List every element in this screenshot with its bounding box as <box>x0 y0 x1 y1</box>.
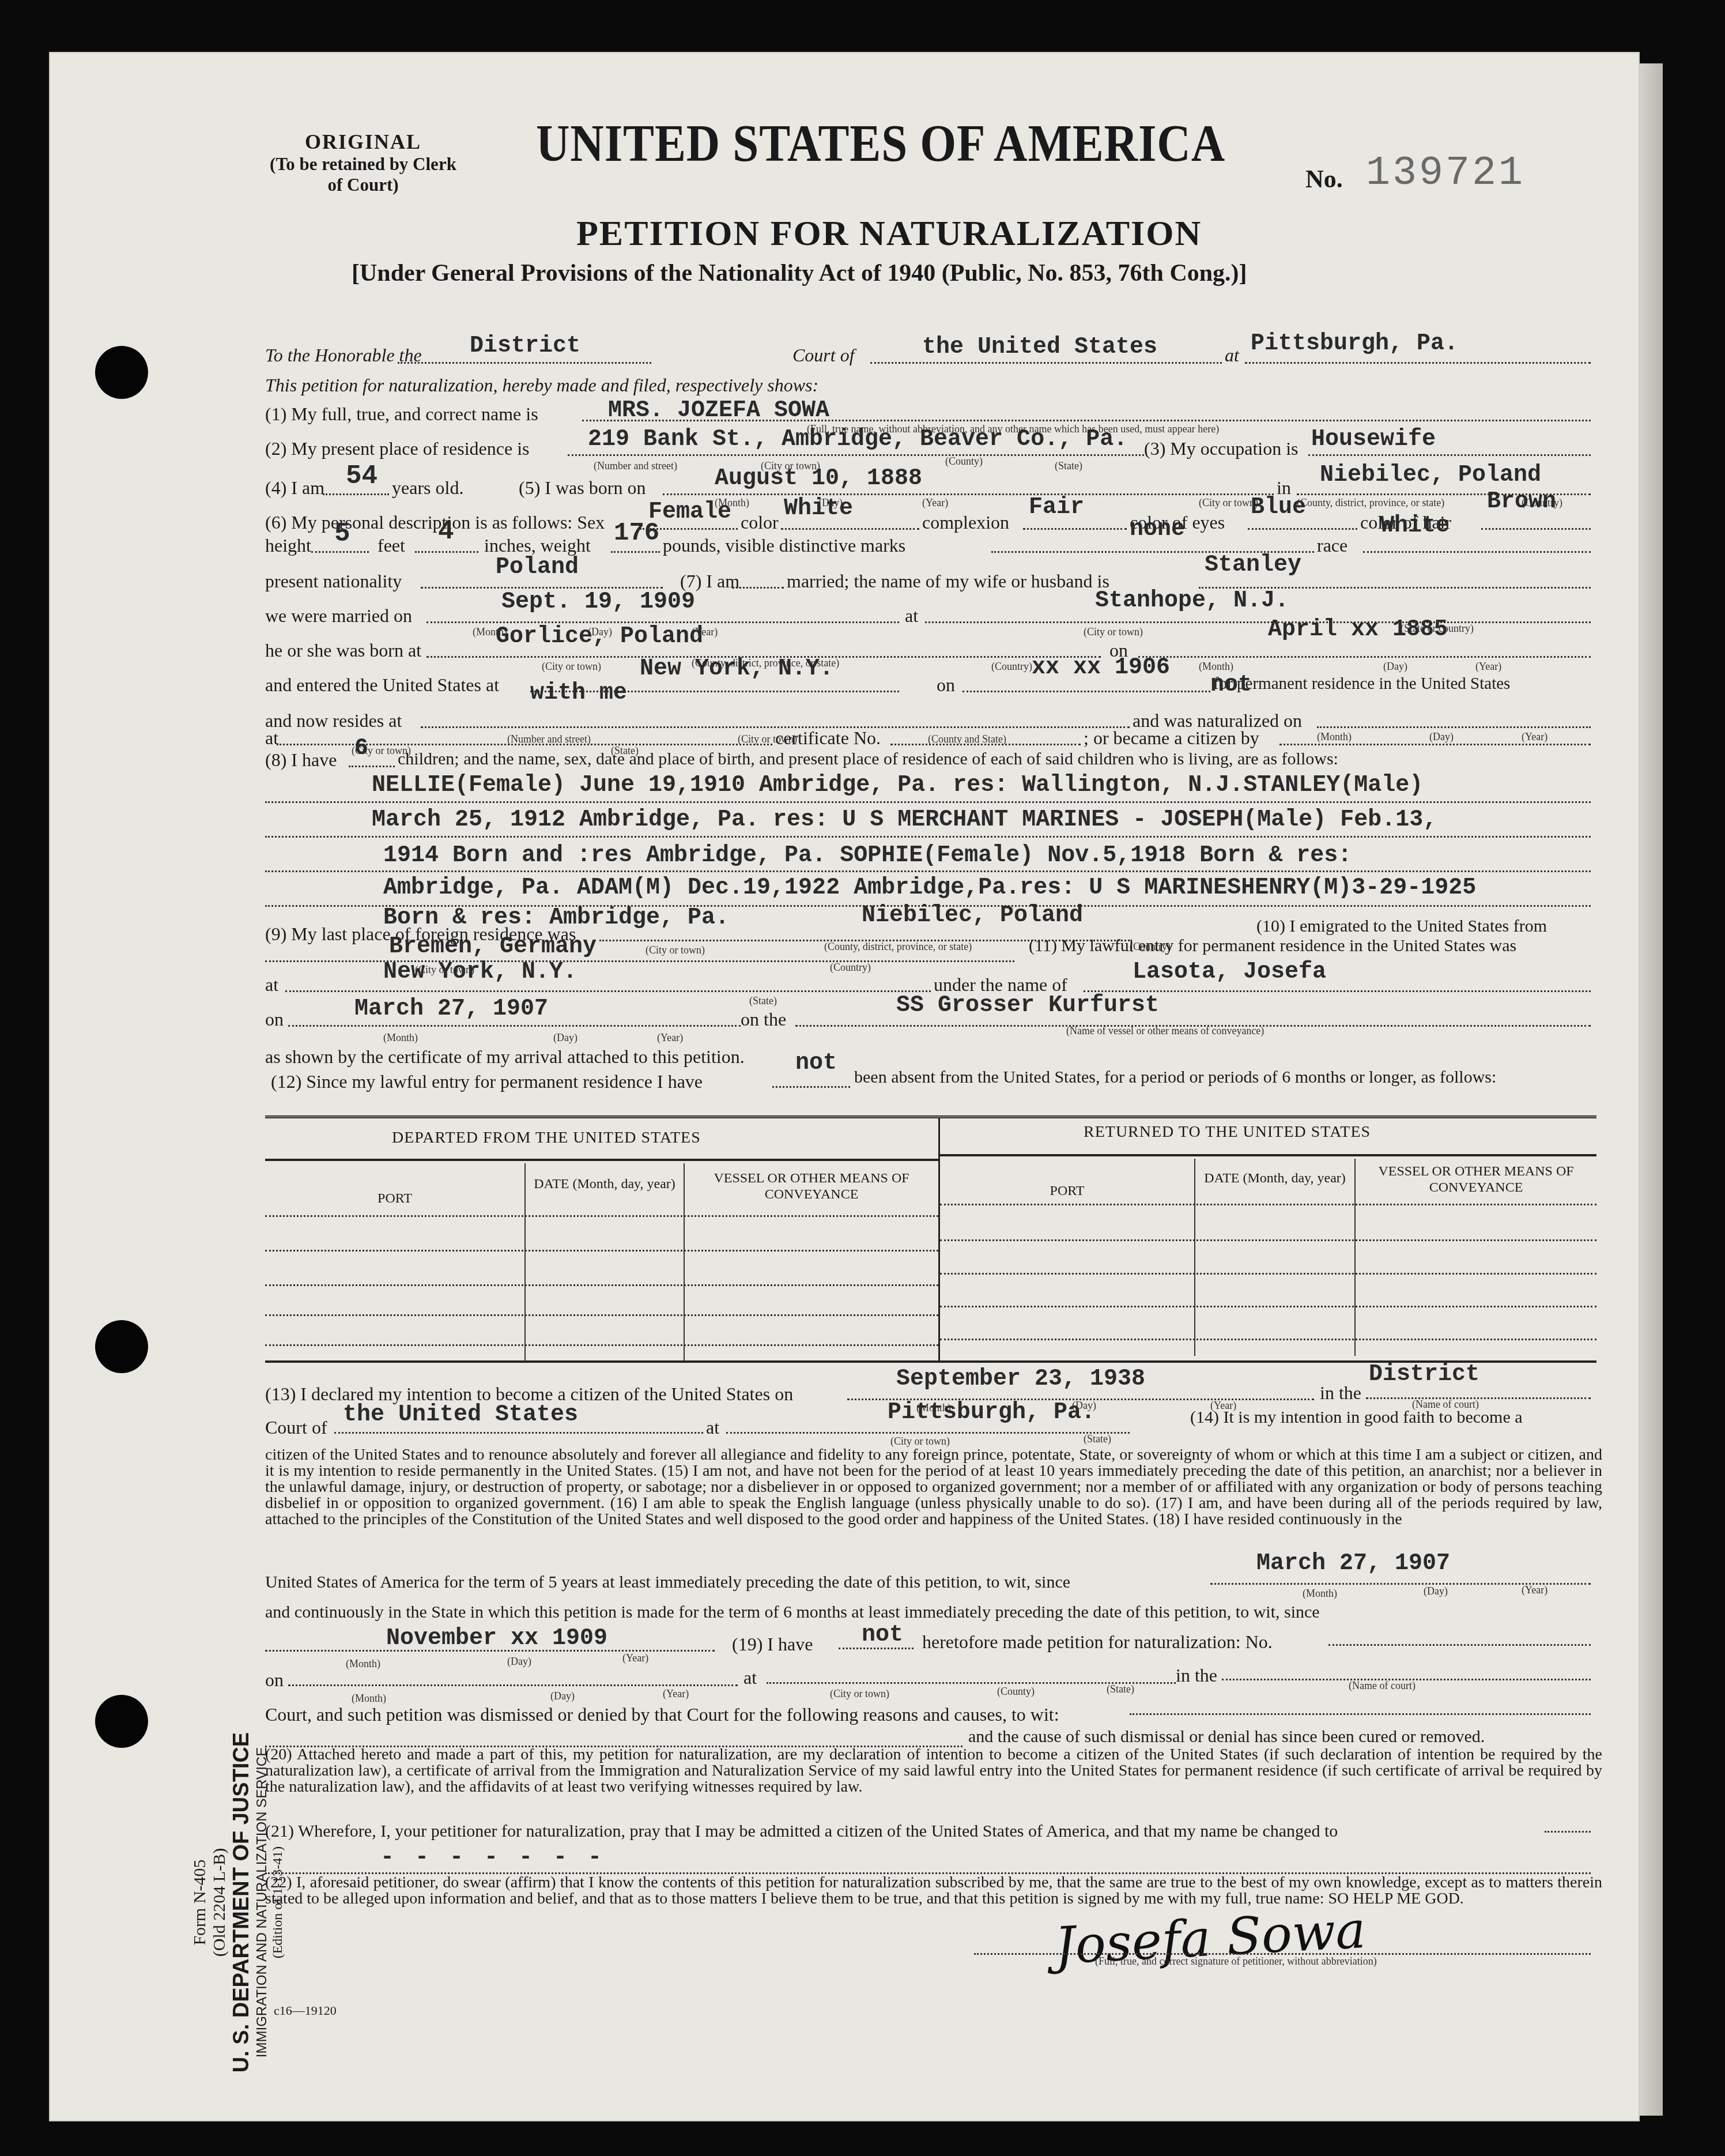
at-label: at <box>905 605 918 627</box>
field-line <box>732 587 784 589</box>
court-location: Pittsburgh, Pa. <box>1251 331 1458 357</box>
field-line <box>426 621 899 623</box>
punch-hole <box>95 1320 148 1373</box>
marriage-date: Sept. 19, 1909 <box>501 589 695 615</box>
q14-label: (14) It is my intention in good faith to… <box>1190 1408 1523 1427</box>
nationality: Poland <box>496 555 579 581</box>
residence: 219 Bank St., Ambridge, Beaver Co., Pa. <box>588 427 1127 453</box>
residence-us-since: March 27, 1907 <box>1256 1551 1450 1577</box>
punch-hole <box>95 346 148 399</box>
table-row-line <box>940 1273 1596 1275</box>
entry-place: New York, N.Y. <box>383 959 577 985</box>
on-the-label: on the <box>741 1009 786 1030</box>
caption: (County) <box>997 1686 1035 1698</box>
complexion: Fair <box>1029 495 1084 521</box>
at-label: at <box>743 1667 757 1688</box>
caption: (County, district, province, or state) <box>1297 497 1444 509</box>
dismissed-label: Court, and such petition was dismissed o… <box>265 1704 1059 1725</box>
petition-number: 139721 <box>1366 151 1525 197</box>
col-header-date: DATE (Month, day, year) <box>1195 1170 1354 1186</box>
vessel: SS Grosser Kurfurst <box>896 993 1159 1019</box>
residence-us-label: United States of America for the term of… <box>265 1573 1070 1592</box>
punch-hole <box>95 1695 148 1748</box>
col-header-port: PORT <box>940 1183 1194 1199</box>
field-line <box>890 744 1081 745</box>
complexion-label: complexion <box>922 512 1009 533</box>
spouse-entry-date: xx xx 1906 <box>1032 655 1170 681</box>
field-line <box>772 1086 850 1088</box>
caption: (City or town) <box>646 944 705 956</box>
field-line <box>1317 726 1591 728</box>
pounds-label: pounds, visible distinctive marks <box>663 535 905 556</box>
caption: (Year) <box>657 1032 683 1044</box>
name-change: - - - - - - - <box>380 1845 605 1871</box>
form-identifier-block: Form N-405 (Old 2204 L-B) U. S. DEPARTME… <box>190 1672 286 2133</box>
spouse-birth-date: April xx 1885 <box>1268 617 1448 643</box>
caption: (Day) <box>553 1032 577 1044</box>
field-line <box>1130 1713 1591 1715</box>
service-name: IMMIGRATION AND NATURALIZATION SERVICE <box>254 1672 270 2133</box>
caption: (Name of court) <box>1349 1680 1416 1692</box>
entry-date: March 27, 1907 <box>354 996 548 1022</box>
in-the-label: in the <box>1320 1382 1361 1404</box>
returned-header: RETURNED TO THE UNITED STATES <box>1084 1123 1371 1141</box>
table-row-line <box>940 1204 1596 1205</box>
field-line <box>1363 551 1591 553</box>
married-on-label: we were married on <box>265 605 412 627</box>
caption: (Day) <box>550 1690 575 1702</box>
children-line: Ambridge, Pa. ADAM(M) Dec.19,1922 Ambrid… <box>383 875 1476 901</box>
field-line <box>1084 990 1591 992</box>
field-line <box>288 1684 738 1686</box>
height-label: height <box>265 535 311 556</box>
q19-label: (19) I have <box>732 1634 813 1655</box>
caption: (Year) <box>622 1652 648 1664</box>
field-line <box>277 744 772 745</box>
caption: (State) <box>1107 1683 1134 1695</box>
caption: (Month) <box>1317 731 1352 743</box>
field-line <box>349 766 395 767</box>
spouse-entry-place: New York, N.Y. <box>640 656 833 682</box>
children-count: 6 <box>354 736 368 762</box>
edition: (Edition of 1-13-41) <box>270 1672 286 2133</box>
field-line <box>398 362 651 364</box>
form-number: Form N-405 <box>190 1672 210 2133</box>
q10-label: (10) I emigrated to the United States fr… <box>1256 917 1547 936</box>
field-line <box>1328 1644 1591 1646</box>
at-label: at <box>1225 345 1239 366</box>
table-row-line <box>265 1314 938 1316</box>
country-title: UNITED STATES OF AMERICA <box>536 112 1225 174</box>
field-line <box>1545 1831 1591 1833</box>
spouse-name: Stanley <box>1205 552 1301 578</box>
court-name: the United States <box>922 334 1157 360</box>
q1-label: (1) My full, true, and correct name is <box>265 404 538 425</box>
field-line <box>265 960 1014 962</box>
race: White <box>1380 513 1450 539</box>
children-line: NELLIE(Female) June 19,1910 Ambridge, Pa… <box>372 772 1423 798</box>
signature-line <box>974 1953 1591 1955</box>
q2-label: (2) My present place of residence is <box>265 438 529 459</box>
distinctive-marks: none <box>1130 517 1185 542</box>
caption: (Year) <box>1522 731 1547 743</box>
table-rule <box>940 1154 1596 1156</box>
field-line <box>285 990 931 992</box>
field-line <box>323 493 389 495</box>
caption: (State) <box>1055 460 1082 472</box>
caption: (Day) <box>507 1656 531 1668</box>
field-line <box>925 621 1591 623</box>
department-name: U. S. DEPARTMENT OF JUSTICE <box>229 1672 254 2133</box>
table-rule <box>265 1159 938 1161</box>
caption: (Month) <box>1199 661 1233 673</box>
citizen-by-label: ; or became a citizen by <box>1084 728 1259 749</box>
col-divider <box>1194 1159 1195 1356</box>
form-title: PETITION FOR NATURALIZATION <box>576 213 1202 254</box>
caption: (Country) <box>830 962 871 974</box>
in-the-label: in the <box>1176 1665 1217 1686</box>
original-label: ORIGINAL <box>265 130 461 154</box>
cured-label: and the cause of such dismissal or denia… <box>968 1727 1485 1747</box>
children-line: March 25, 1912 Ambridge, Pa. res: U S ME… <box>372 807 1437 833</box>
field-line <box>265 870 1591 872</box>
caption: (Day) <box>1424 1585 1448 1597</box>
at-label: at <box>265 974 278 996</box>
table-row-line <box>940 1306 1596 1307</box>
caption: (Month) <box>346 1658 380 1670</box>
q5-label: (5) I was born on <box>519 477 646 499</box>
q22-paragraph: (22) I, aforesaid petitioner, do swear (… <box>265 1875 1602 1907</box>
petition-no-label: No. <box>1305 164 1343 194</box>
caption: (County) <box>945 455 983 468</box>
occupation: Housewife <box>1311 427 1436 453</box>
table-row-line <box>940 1339 1596 1340</box>
birth-place: Niebilec, Poland <box>1320 462 1541 488</box>
table-row-line <box>265 1250 938 1252</box>
court-type: District <box>470 333 580 359</box>
table-row-line <box>265 1344 938 1346</box>
q8-text: children; and the name, sex, date and pl… <box>398 749 1338 769</box>
field-line <box>781 528 919 530</box>
field-line <box>962 691 1210 692</box>
field-line <box>1138 656 1591 658</box>
on-label: on <box>937 674 955 696</box>
permanent-label: for permanent residence in the United St… <box>1213 674 1510 693</box>
field-line <box>1481 528 1591 530</box>
field-line <box>568 454 1144 456</box>
signature-caption: (Full, true, and correct signature of pe… <box>1095 1955 1377 1967</box>
residence-state-since: November xx 1909 <box>386 1626 607 1652</box>
emigrated-from: Bremen, Germany <box>389 934 597 960</box>
at-label: at <box>706 1417 719 1438</box>
field-line <box>1308 454 1591 456</box>
q4-label: (4) I am <box>265 477 324 499</box>
court-of-label: Court of <box>792 345 855 366</box>
page-edge <box>1640 63 1663 2116</box>
caption: (City or town) <box>1084 626 1143 638</box>
caption: (City or town) <box>542 661 601 673</box>
original-label-block: ORIGINAL (To be retained by Clerk of Cou… <box>265 130 461 195</box>
caption: (Name of vessel or other means of convey… <box>1066 1025 1264 1037</box>
absence-table: DEPARTED FROM THE UNITED STATES RETURNED… <box>265 1115 1596 1363</box>
caption: (County, district, province, or state) <box>824 941 972 953</box>
field-line <box>726 1432 1130 1434</box>
court-of-label: Court of <box>265 1417 327 1438</box>
marriage-place: Stanhope, N.J. <box>1095 588 1289 614</box>
q11-label: (11) My lawful entry for permanent resid… <box>1029 936 1516 956</box>
retained-note: (To be retained by Clerk of Court) <box>265 154 461 195</box>
field-line <box>870 362 1222 364</box>
q12-label: (12) Since my lawful entry for permanent… <box>271 1071 703 1092</box>
on-label: on <box>265 1009 284 1030</box>
q3-label: (3) My occupation is <box>1144 438 1299 459</box>
caption: (Year) <box>663 1688 689 1700</box>
weight: 176 <box>614 519 659 548</box>
feet-label: feet <box>378 535 405 556</box>
col-header-port: PORT <box>265 1190 524 1207</box>
caption: (Country) <box>991 661 1032 673</box>
arrival-cert-label: as shown by the certificate of my arriva… <box>265 1046 745 1068</box>
col-header-vessel: VESSEL OR OTHER MEANS OF CONVEYANCE <box>1356 1163 1596 1196</box>
petition-statement: This petition for naturalization, hereby… <box>265 375 818 396</box>
field-line <box>415 551 478 553</box>
declaration-court-name: the United States <box>343 1402 578 1428</box>
caption: (Month) <box>1303 1588 1337 1600</box>
race-label: race <box>1317 535 1347 556</box>
spouse-born-label: he or she was born at <box>265 640 421 661</box>
birth-date: August 10, 1888 <box>715 466 922 492</box>
entry-name: Lasota, Josefa <box>1133 959 1326 985</box>
field-line <box>1279 744 1591 745</box>
field-line <box>611 551 660 553</box>
q21-text: (21) Wherefore, I, your petitioner for n… <box>265 1822 1338 1841</box>
eye-color: Blue <box>1251 495 1306 521</box>
married-label: married; the name of my wife or husband … <box>787 571 1109 592</box>
field-line <box>334 1432 703 1434</box>
old-form-number: (Old 2204 L-B) <box>210 1672 229 2133</box>
spouse-birthplace: Gorlice, Poland <box>496 624 703 650</box>
q8-label: (8) I have <box>265 749 337 771</box>
field-line <box>311 551 369 553</box>
declaration-date: September 23, 1938 <box>896 1366 1145 1392</box>
caption: (City or town) <box>415 964 474 976</box>
inches-label: inches, weight <box>484 535 591 556</box>
resides-label: and now resides at <box>265 710 402 732</box>
certificate-label: certificate No. <box>775 728 881 749</box>
form-subtitle: [Under General Provisions of the Nationa… <box>352 259 1247 287</box>
q20-paragraph: (20) Attached hereto and made a part of … <box>265 1747 1602 1795</box>
caption: (Day) <box>1383 661 1407 673</box>
sex: Female <box>648 499 731 525</box>
table-row-line <box>265 1284 938 1286</box>
field-line <box>1248 528 1357 530</box>
q4-suffix: years old. <box>392 477 463 499</box>
spouse-naturalized: not <box>1210 672 1252 698</box>
col-header-date: DATE (Month, day, year) <box>526 1176 684 1192</box>
color: White <box>784 496 853 522</box>
height-inches: 4 <box>438 517 454 546</box>
color-label: color <box>741 512 779 533</box>
nationality-label: present nationality <box>265 571 402 592</box>
height-feet: 5 <box>334 519 350 549</box>
caption: (Year) <box>922 497 948 509</box>
last-foreign-residence: Niebilec, Poland <box>862 903 1083 929</box>
entered-label: and entered the United States at <box>265 674 499 696</box>
caption: (Year) <box>1522 1584 1547 1596</box>
prior-petition: not <box>862 1622 903 1648</box>
hair-color: Brown <box>1487 489 1556 515</box>
col-header-vessel: VESSEL OR OTHER MEANS OF CONVEYANCE <box>685 1170 938 1203</box>
at-label: at <box>265 728 278 749</box>
q12-text: been absent from the United States, for … <box>854 1068 1496 1087</box>
field-line <box>1023 528 1127 530</box>
absent-value: not <box>795 1050 837 1076</box>
declaration-court: District <box>1369 1362 1479 1388</box>
caption: (Day) <box>1429 731 1454 743</box>
q19-text: heretofore made petition for naturalizat… <box>922 1631 1273 1653</box>
table-row-line <box>265 1215 938 1217</box>
q6-label: (6) My personal description is as follow… <box>265 512 605 533</box>
field-line <box>288 1025 741 1027</box>
caption: (City or town) <box>1199 497 1258 509</box>
caption: (Number and street) <box>594 460 677 472</box>
departed-header: DEPARTED FROM THE UNITED STATES <box>392 1129 701 1147</box>
field-line <box>1245 362 1591 364</box>
caption: (Month) <box>383 1032 418 1044</box>
caption: (City or town) <box>830 1688 889 1700</box>
full-name: MRS. JOZEFA SOWA <box>608 398 829 424</box>
caption: (State) <box>749 995 777 1007</box>
age: 54 <box>346 461 378 491</box>
field-line <box>421 587 663 589</box>
field-line <box>265 801 1591 803</box>
spouse-residence: with me <box>530 680 627 706</box>
declaration-location: Pittsburgh, Pa. <box>888 1400 1095 1426</box>
residence-state-label: and continuously in the State in which t… <box>265 1603 1320 1622</box>
field-line <box>265 836 1591 838</box>
children-line: 1914 Born and :res Ambridge, Pa. SOPHIE(… <box>383 843 1352 869</box>
caption: (State) <box>1084 1433 1111 1445</box>
table-row-line <box>940 1239 1596 1241</box>
oath-paragraph: citizen of the United States and to reno… <box>265 1447 1602 1562</box>
field-line <box>663 493 1274 495</box>
col-divider <box>524 1163 526 1360</box>
caption: (Month) <box>352 1693 386 1705</box>
caption: (Year) <box>1475 661 1501 673</box>
